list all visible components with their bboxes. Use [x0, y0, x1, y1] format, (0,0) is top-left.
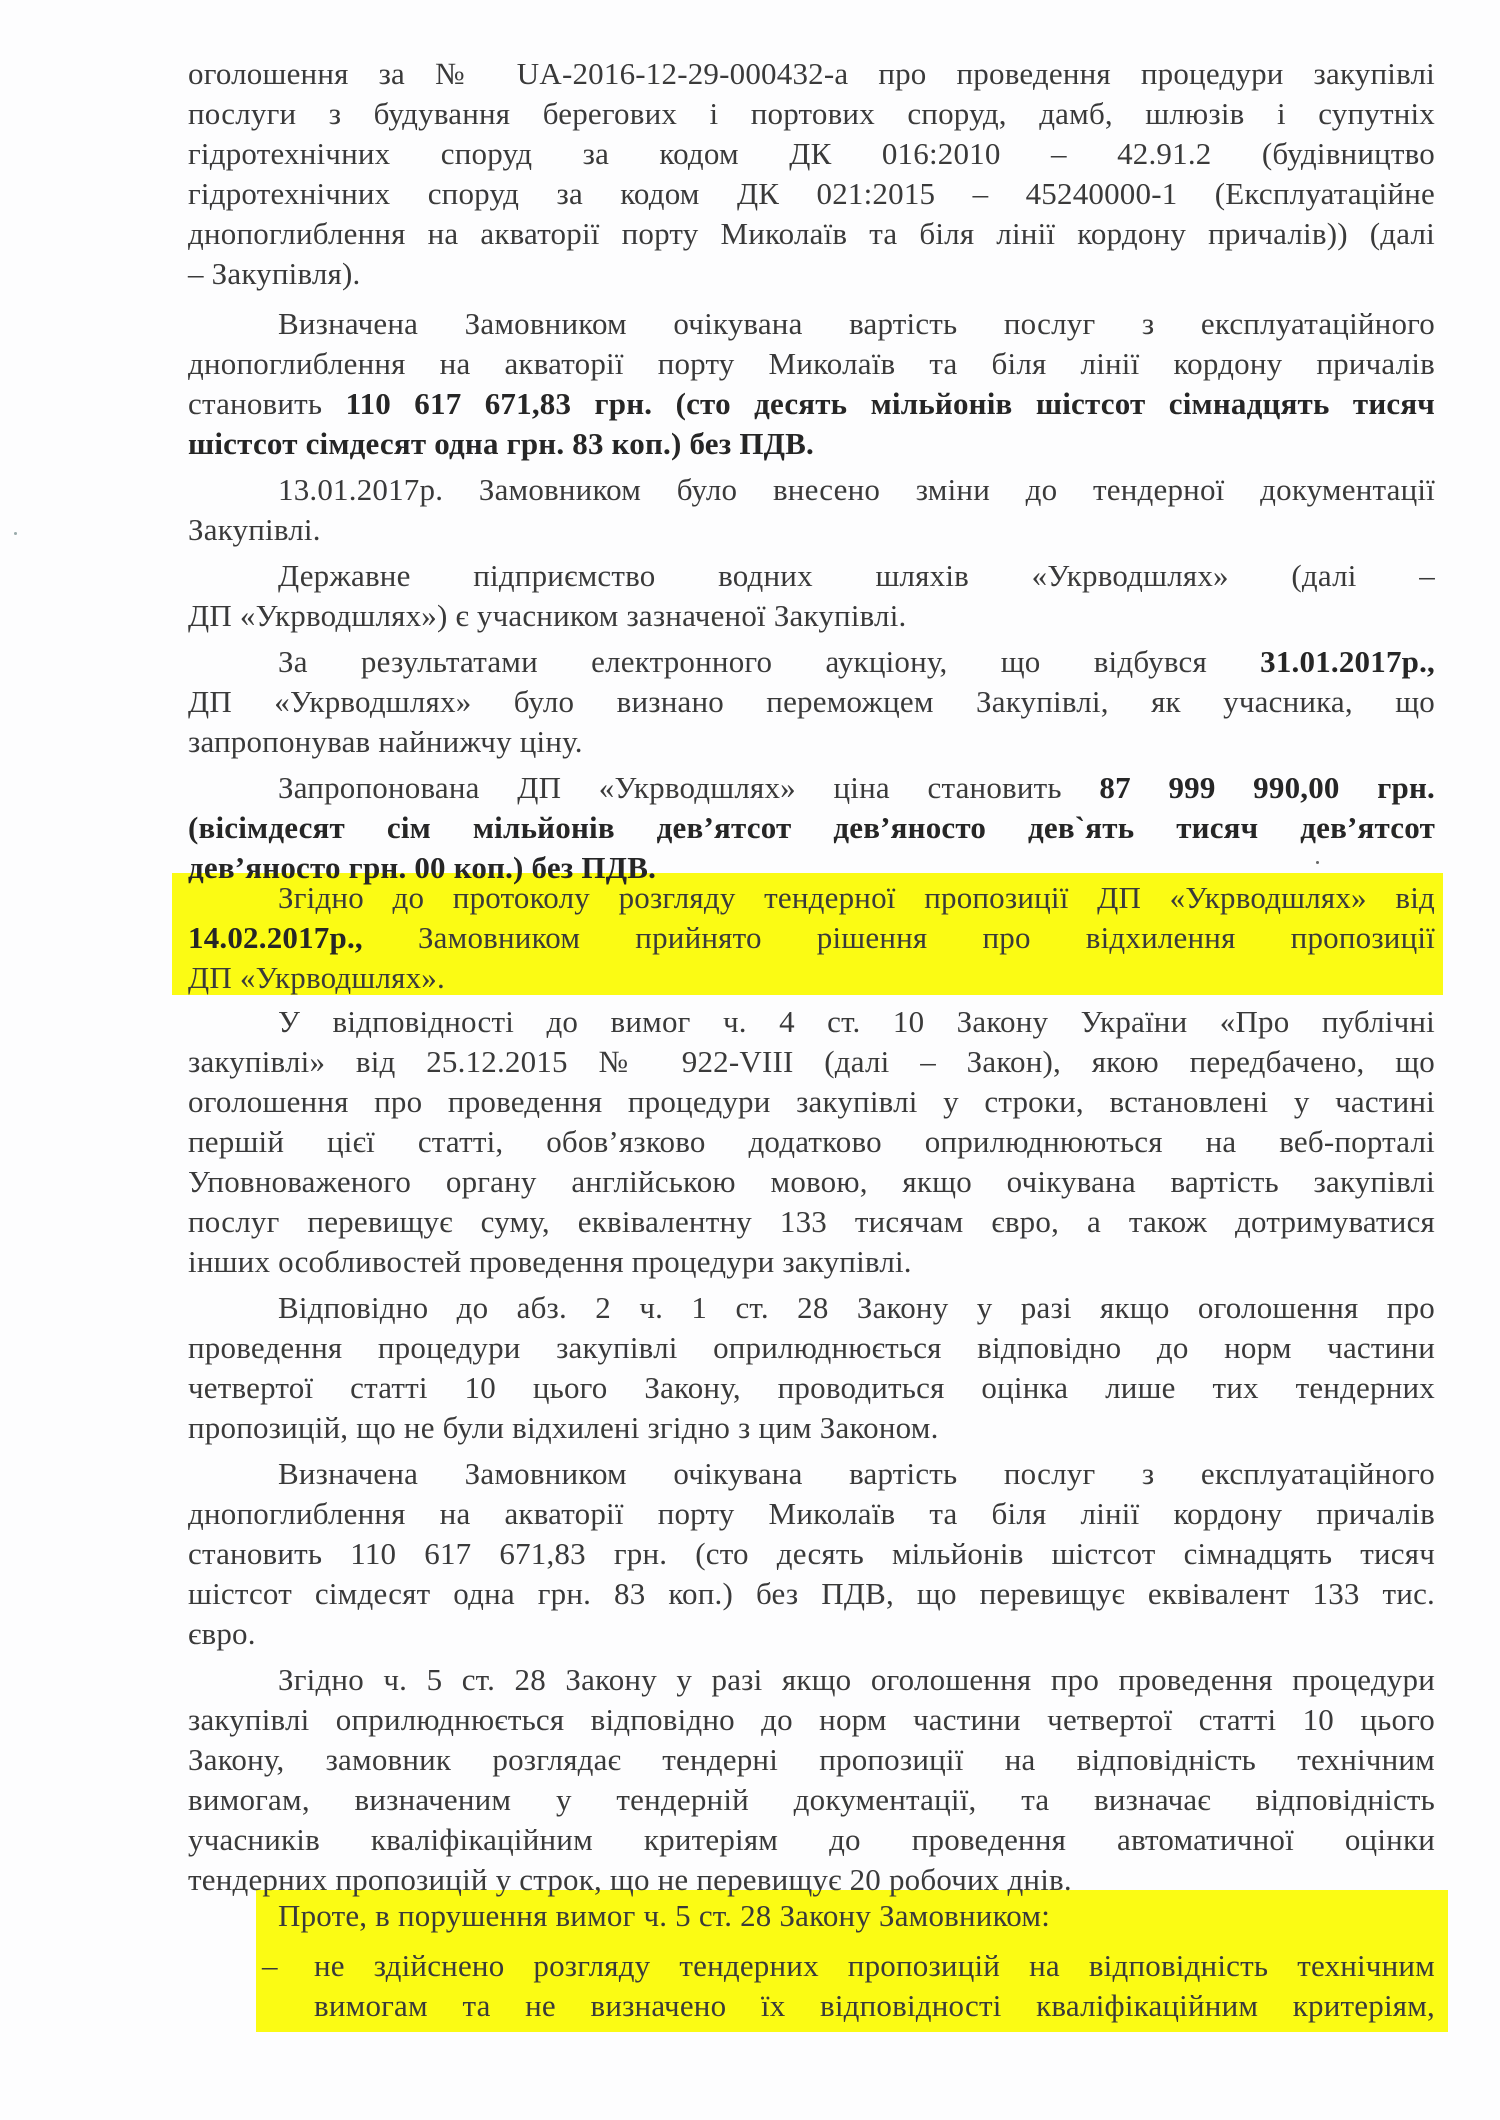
text-line: послуг перевищує суму, еквівалентну 133 … [188, 1202, 1435, 1242]
text-line: днопоглиблення на акваторії порту Микола… [188, 1494, 1435, 1534]
bold-text: 14.02.2017р., [188, 920, 363, 955]
text: Запропонована ДП «Укрводшлях» ціна стано… [278, 770, 1099, 805]
text: Закону, замовник розглядає тендерні проп… [188, 1742, 1435, 1777]
scanned-document-page: оголошення за № UA-2016-12-29-000432-а п… [0, 0, 1500, 2120]
text-line: шістсот сімдесят одна грн. 83 коп.) без … [188, 1574, 1435, 1614]
text: днопоглиблення на акваторії порту Микола… [188, 346, 1435, 381]
text-line: Закону, замовник розглядає тендерні проп… [188, 1740, 1435, 1780]
text: гідротехнічних споруд за кодом ДК 016:20… [188, 136, 1435, 171]
text: євро. [188, 1616, 256, 1651]
text: оголошення про проведення процедури заку… [188, 1084, 1435, 1119]
text: Державне підприємство водних шляхів «Укр… [278, 558, 1435, 593]
text-line: Уповноваженого органу англійською мовою,… [188, 1162, 1435, 1202]
text: учасників кваліфікаційним критеріям до п… [188, 1822, 1435, 1857]
text-line: (вісімдесят сім мільйонів дев’ятсот дев’… [188, 808, 1435, 848]
text: За результатами електронного аукціону, щ… [278, 644, 1260, 679]
text: не здійснено розгляду тендерних пропозиц… [314, 1948, 1435, 1983]
text-line: євро. [188, 1614, 1435, 1654]
bold-text: 110 617 671,83 грн. (сто десять мільйоні… [346, 386, 1435, 421]
text: Згідно ч. 5 ст. 28 Закону у разі якщо ог… [278, 1662, 1435, 1697]
text-line: послуги з будування берегових і портових… [188, 94, 1435, 134]
text: ДП «Укрводшлях» було визнано переможцем … [188, 684, 1435, 719]
text: шістсот сімдесят одна грн. 83 коп.) без … [188, 1576, 1435, 1611]
text-line: не здійснено розгляду тендерних пропозиц… [314, 1946, 1435, 1986]
text: послуг перевищує суму, еквівалентну 133 … [188, 1204, 1435, 1239]
text: запропонував найнижчу ціну. [188, 724, 583, 759]
text: У відповідності до вимог ч. 4 ст. 10 Зак… [278, 1004, 1435, 1039]
text-line: запропонував найнижчу ціну. [188, 722, 1435, 762]
text: – Закупівля). [188, 256, 361, 291]
text-line: учасників кваліфікаційним критеріям до п… [188, 1820, 1435, 1860]
text: Закупівлі. [188, 512, 321, 547]
text-line: оголошення за № UA-2016-12-29-000432-а п… [188, 54, 1435, 94]
bold-text: 31.01.2017р., [1260, 644, 1435, 679]
text: першій цієї статті, обов’язково додатков… [188, 1124, 1435, 1159]
text: вимогам та не визначено їх відповідності… [314, 1988, 1435, 2023]
bold-text: шістсот сімдесят одна грн. 83 коп.) без … [188, 426, 814, 461]
text-line: Визначена Замовником очікувана вартість … [278, 1454, 1435, 1494]
text-line: становить 110 617 671,83 грн. (сто десят… [188, 1534, 1435, 1574]
text-line: днопоглиблення на акваторії порту Микола… [188, 344, 1435, 384]
text-line: першій цієї статті, обов’язково додатков… [188, 1122, 1435, 1162]
text-line: ДП «Укрводшлях») є учасником зазначеної … [188, 596, 1435, 636]
text: Замовником прийнято рішення про відхилен… [363, 920, 1435, 955]
text: Уповноваженого органу англійською мовою,… [188, 1164, 1435, 1199]
bold-text: 87 999 990,00 грн. [1099, 770, 1435, 805]
text: ДП «Укрводшлях») є учасником зазначеної … [188, 598, 907, 633]
text-line: Запропонована ДП «Укрводшлях» ціна стано… [278, 768, 1435, 808]
text-line: – Закупівля). [188, 254, 1435, 294]
text-line: Державне підприємство водних шляхів «Укр… [278, 556, 1435, 596]
text-line: Проте, в порушення вимог ч. 5 ст. 28 Зак… [278, 1896, 1435, 1936]
text-line: 13.01.2017р. Замовником було внесено змі… [278, 470, 1435, 510]
text-line: шістсот сімдесят одна грн. 83 коп.) без … [188, 424, 1435, 464]
scan-speck [14, 532, 17, 535]
text-line: Відповідно до абз. 2 ч. 1 ст. 28 Закону … [278, 1288, 1435, 1328]
text-line: тендерних пропозицій у строк, що не пере… [188, 1860, 1435, 1900]
text-line: становить 110 617 671,83 грн. (сто десят… [188, 384, 1435, 424]
text-line: днопоглиблення на акваторії порту Микола… [188, 214, 1435, 254]
text-line: закупівлі» від 25.12.2015 № 922-VIII (да… [188, 1042, 1435, 1082]
text-line: гідротехнічних споруд за кодом ДК 016:20… [188, 134, 1435, 174]
text: становить 110 617 671,83 грн. (сто десят… [188, 1536, 1435, 1571]
text-line: За результатами електронного аукціону, щ… [278, 642, 1435, 682]
text-line: пропозицій, що не були відхилені згідно … [188, 1408, 1435, 1448]
text-line: Згідно ч. 5 ст. 28 Закону у разі якщо ог… [278, 1660, 1435, 1700]
text: Визначена Замовником очікувана вартість … [278, 306, 1435, 341]
text: оголошення за № UA-2016-12-29-000432-а п… [188, 56, 1435, 91]
text: Відповідно до абз. 2 ч. 1 ст. 28 Закону … [278, 1290, 1435, 1325]
text-line: гідротехнічних споруд за кодом ДК 021:20… [188, 174, 1435, 214]
text: закупівлі оприлюднюється відповідно до н… [188, 1702, 1435, 1737]
text-line: Закупівлі. [188, 510, 1435, 550]
text-line: ДП «Укрводшлях». [188, 958, 1435, 998]
text-line: Згідно до протоколу розгляду тендерної п… [278, 878, 1435, 918]
bold-text: (вісімдесят сім мільйонів дев’ятсот дев’… [188, 810, 1435, 845]
text: днопоглиблення на акваторії порту Микола… [188, 1496, 1435, 1531]
text: Згідно до протоколу розгляду тендерної п… [278, 880, 1435, 915]
text: гідротехнічних споруд за кодом ДК 021:20… [188, 176, 1435, 211]
text-line: інших особливостей проведення процедури … [188, 1242, 1435, 1282]
text: послуги з будування берегових і портових… [188, 96, 1435, 131]
text-line: четвертої статті 10 цього Закону, провод… [188, 1368, 1435, 1408]
text-line: вимогам, визначеним у тендерній документ… [188, 1780, 1435, 1820]
text-line: закупівлі оприлюднюється відповідно до н… [188, 1700, 1435, 1740]
text: Проте, в порушення вимог ч. 5 ст. 28 Зак… [278, 1898, 1050, 1933]
text-line: проведення процедури закупівлі оприлюдню… [188, 1328, 1435, 1368]
text: інших особливостей проведення процедури … [188, 1244, 912, 1279]
bullet-dash: – [262, 1946, 278, 1986]
text: Визначена Замовником очікувана вартість … [278, 1456, 1435, 1491]
text: ДП «Укрводшлях». [188, 960, 445, 995]
text: проведення процедури закупівлі оприлюдню… [188, 1330, 1435, 1365]
text: днопоглиблення на акваторії порту Микола… [188, 216, 1435, 251]
text-line: Визначена Замовником очікувана вартість … [278, 304, 1435, 344]
text-line: оголошення про проведення процедури заку… [188, 1082, 1435, 1122]
text: четвертої статті 10 цього Закону, провод… [188, 1370, 1435, 1405]
text: вимогам, визначеним у тендерній документ… [188, 1782, 1435, 1817]
text-line: ДП «Укрводшлях» було визнано переможцем … [188, 682, 1435, 722]
text-line: 14.02.2017р., Замовником прийнято рішенн… [188, 918, 1435, 958]
text: тендерних пропозицій у строк, що не пере… [188, 1862, 1072, 1897]
text-line: вимогам та не визначено їх відповідності… [314, 1986, 1435, 2026]
text: становить [188, 386, 346, 421]
text: закупівлі» від 25.12.2015 № 922-VIII (да… [188, 1044, 1435, 1079]
text-line: У відповідності до вимог ч. 4 ст. 10 Зак… [278, 1002, 1435, 1042]
text: пропозицій, що не були відхилені згідно … [188, 1410, 939, 1445]
text: 13.01.2017р. Замовником було внесено змі… [278, 472, 1435, 507]
